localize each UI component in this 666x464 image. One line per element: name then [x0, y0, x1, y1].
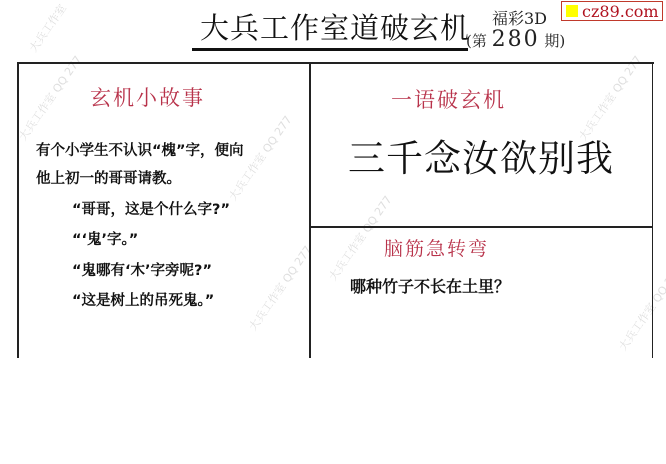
issue-suffix: 期): [544, 32, 565, 50]
riddle-text: 哪种竹子不长在土里？: [350, 274, 510, 297]
story-line: 有个小学生不认识“槐”字，便向: [36, 139, 244, 160]
watermark: 大兵工作室 QQ 277: [615, 262, 666, 353]
frame-top-border: [17, 62, 654, 64]
story-line: “这是树上的吊死鬼。”: [72, 289, 214, 310]
badge-square-icon: [566, 5, 578, 17]
watermark: 大兵工作室 QQ 277: [15, 52, 86, 143]
story-line: “鬼哪有‘木’字旁呢?”: [72, 259, 212, 280]
site-badge[interactable]: cz89.com: [561, 1, 663, 21]
right-top-heading: 一语破玄机: [391, 84, 506, 114]
issue-label: (第 280 期): [466, 27, 565, 52]
frame-right-border: [652, 62, 653, 358]
watermark: 大兵工作室: [25, 1, 70, 55]
issue-prefix: (第: [466, 32, 487, 50]
frame-center-divider: [309, 62, 311, 358]
left-panel-heading: 玄机小故事: [90, 82, 205, 112]
story-line: “‘鬼’字。”: [72, 228, 138, 249]
site-badge-text: cz89.com: [582, 2, 659, 21]
issue-number: 280: [492, 27, 540, 52]
frame-left-border: [17, 62, 19, 358]
right-panel-divider: [309, 226, 653, 228]
watermark: 大兵工作室 QQ 277: [245, 242, 316, 333]
title-underline: [192, 48, 468, 51]
key-phrase: 三千念汝欲别我: [348, 128, 614, 182]
story-line: “哥哥，这是个什么字?”: [72, 198, 230, 219]
brand-label: 福彩3D: [492, 6, 547, 29]
right-bottom-heading: 脑筋急转弯: [384, 234, 489, 261]
page-title: 大兵工作室道破玄机: [200, 6, 470, 47]
story-line: 他上初一的哥哥请教。: [36, 167, 181, 188]
